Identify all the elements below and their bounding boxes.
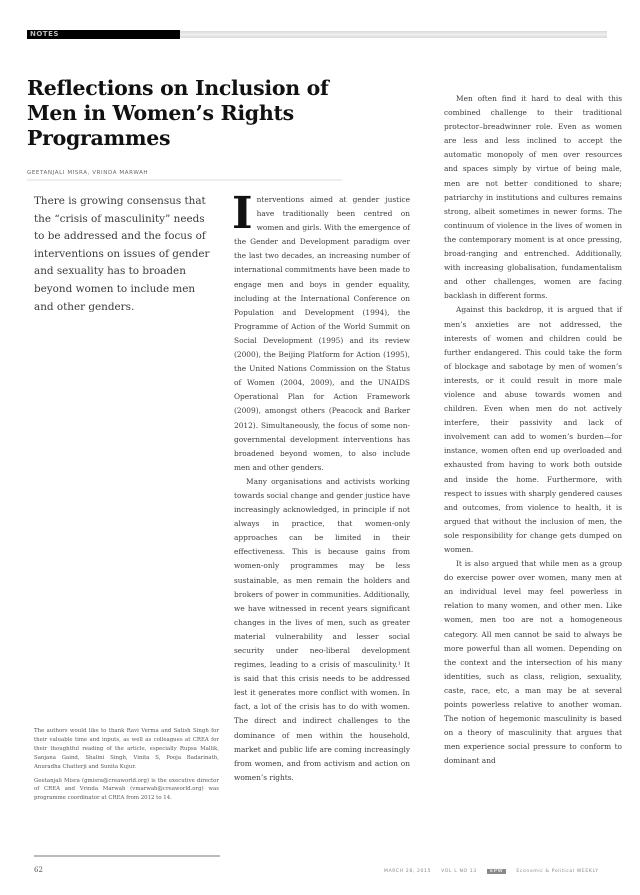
author-info: Geetanjali Misra (gmisra@creaworld.org) … <box>34 777 219 804</box>
paragraph: Many organisations and activists working… <box>234 475 410 785</box>
byline: GEETANJALI MISRA, VRINDA MARWAH <box>27 170 342 181</box>
footnote-divider <box>34 855 220 857</box>
epw-logo: EPW <box>487 869 506 874</box>
acknowledgements: The authors would like to thank Ravi Ver… <box>34 727 219 772</box>
paragraph: Interventions aimed at gender justice ha… <box>234 193 410 475</box>
abstract: There is growing consensus that the “cri… <box>34 193 214 316</box>
issue-date: MARCH 28, 2015 <box>384 869 431 874</box>
section-bar-rule <box>180 31 607 38</box>
paragraph: Against this backdrop, it is argued that… <box>444 303 622 557</box>
section-header-bar: NOTES <box>27 28 607 42</box>
drop-cap: I <box>232 197 253 231</box>
page-number: 62 <box>34 866 43 874</box>
volume-number: VOL L NO 13 <box>441 869 477 874</box>
body-column-2: Men often find it hard to deal with this… <box>444 92 622 769</box>
article-title: Reflections on Inclusion of Men in Women… <box>27 76 347 151</box>
footnote-block: The authors would like to thank Ravi Ver… <box>34 727 219 808</box>
paragraph: Men often find it hard to deal with this… <box>444 92 622 303</box>
paragraph: It is also argued that while men as a gr… <box>444 557 622 768</box>
publication-name: Economic & Political WEEKLY <box>516 869 598 874</box>
section-label: NOTES <box>30 30 59 39</box>
body-column-1: Interventions aimed at gender justice ha… <box>234 193 410 785</box>
running-footer: MARCH 28, 2015 VOL L NO 13 EPW Economic … <box>384 869 607 874</box>
